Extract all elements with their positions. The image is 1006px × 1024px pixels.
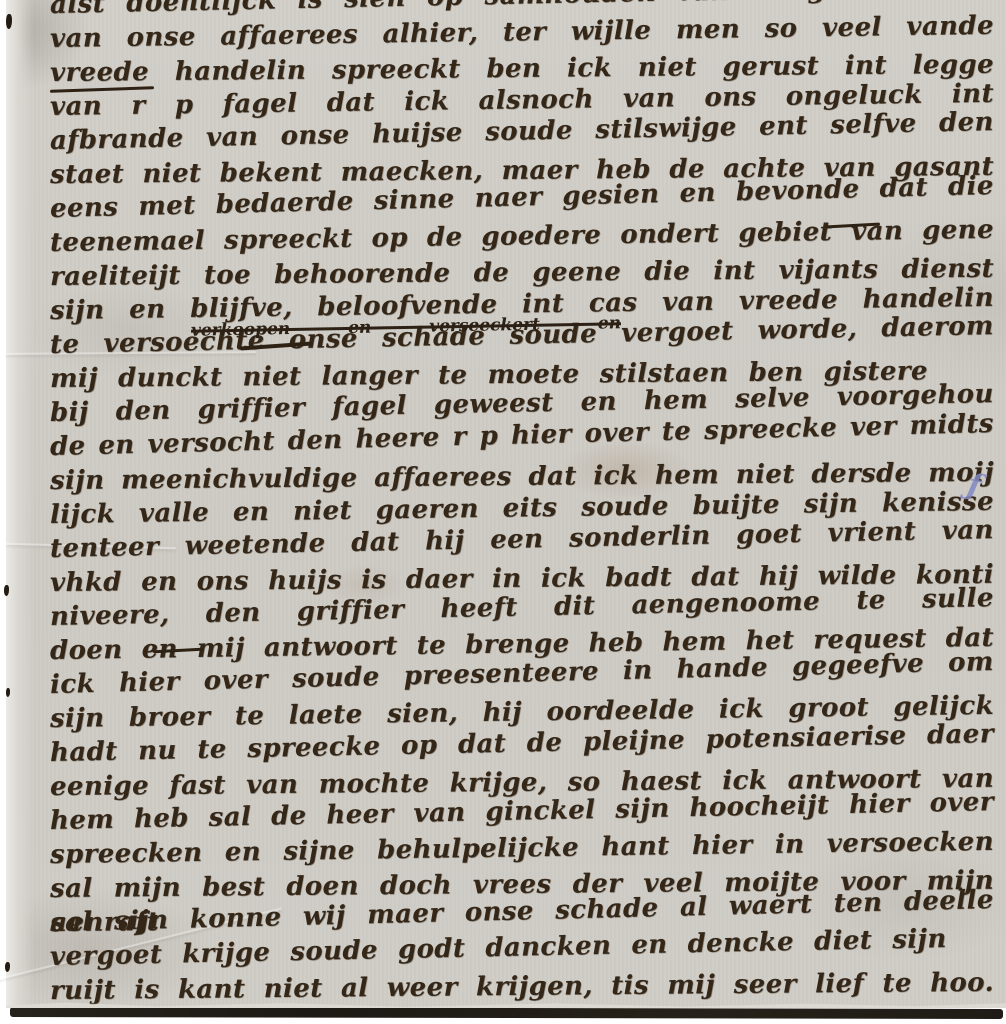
ink-speck: [5, 962, 10, 972]
paper-sheet: alst doentlijck is sien op samhouden van…: [6, 0, 1006, 1008]
text-block: alst doentlijck is sien op samhouden van…: [50, 0, 994, 1008]
scan-shadow-band: [10, 1007, 1003, 1019]
ink-speck: [6, 14, 12, 29]
ink-speck: [6, 688, 10, 697]
manuscript-scan: alst doentlijck is sien op samhouden van…: [0, 0, 1006, 1024]
ink-speck: [4, 585, 9, 596]
manuscript-line: ruijt is kant niet al weer krijgen, tis …: [50, 966, 994, 1008]
